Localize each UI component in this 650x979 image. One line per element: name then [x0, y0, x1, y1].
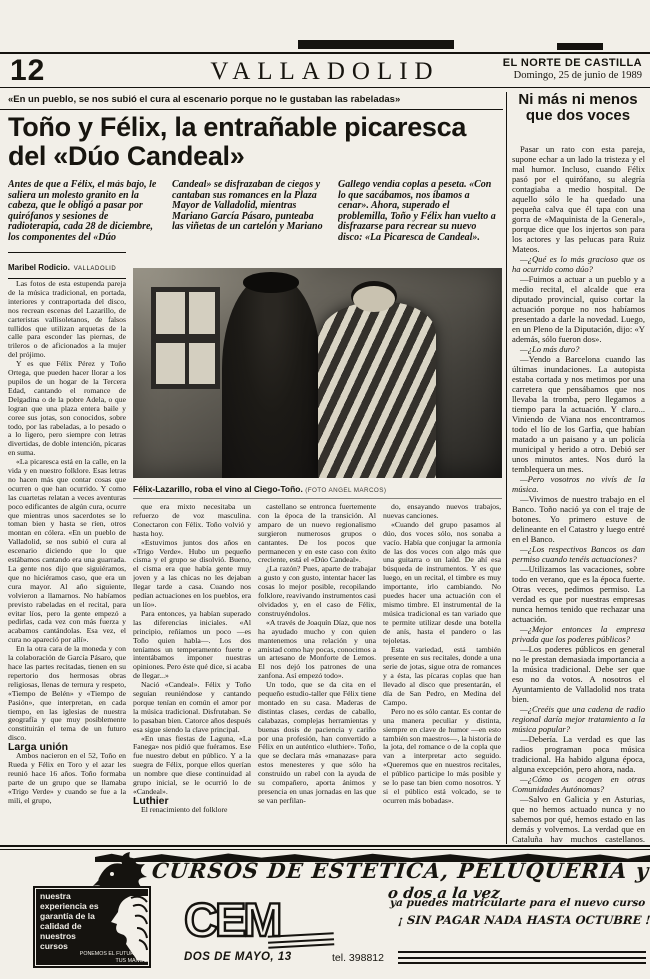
- paragraph: Pasar un rato con esta pareja, supone ec…: [512, 144, 645, 254]
- sidebar-title: Ni más ni menos que dos voces: [512, 92, 644, 124]
- byline-place: VALLADOLID: [74, 266, 117, 272]
- paragraph: En la otra cara de la moneda y con la co…: [8, 645, 126, 743]
- article-column-2: que era mixto necesitaba un refuerzo de …: [133, 503, 251, 844]
- paragraph: «Cuando del grupo pasamos al dúo, dos vo…: [383, 521, 501, 646]
- paragraph: Nació «Candeal». Félix y Toño seguían re…: [133, 681, 251, 734]
- ad-phone: tel. 398812: [332, 952, 384, 964]
- ad-promo-line-1: ya puedes matricularte para el nuevo cur…: [390, 897, 646, 909]
- article-column-3: castellano se entronca fuertemente con l…: [258, 503, 376, 844]
- photo-window: [151, 287, 220, 389]
- kicker-rule: [0, 109, 503, 110]
- byline: Maribel Rodicio. VALLADOLID: [8, 252, 126, 279]
- paragraph: Pero no es sólo cantar. Es contar de una…: [383, 708, 501, 806]
- photo-credit: (FOTO ANGEL MARCOS): [305, 487, 386, 494]
- answer: —Yendo a Barcelona cuando las últimas in…: [512, 354, 645, 474]
- academy-ad-box: nuestra experiencia es garantía de la ca…: [33, 886, 151, 968]
- question: —¿Los respectivos Bancos os dan permiso …: [512, 544, 645, 564]
- answer: —Debería. La verdad es que las radios pr…: [512, 734, 645, 774]
- paragraph: «La picaresca está en la calle, en la vi…: [8, 458, 126, 645]
- registration-mark: [557, 43, 603, 50]
- academy-ad-slogan: PONEMOS EL FUTURO EN TUS MANOS: [77, 951, 147, 964]
- ad-promo-line-2: ¡ SIN PAGAR NADA HASTA OCTUBRE !: [398, 913, 650, 927]
- paragraph: Y es que Félix Pérez y Toño Ortega, que …: [8, 360, 126, 458]
- answer: —Utilizamos las vacaciones, sobre todo e…: [512, 564, 645, 624]
- paragraph: El renacimiento del folklore: [133, 806, 251, 815]
- cem-logo-swoosh: [268, 932, 335, 948]
- paragraph: que era mixto necesitaba un refuerzo de …: [133, 503, 251, 539]
- byline-author: Maribel Rodicio.: [8, 263, 70, 272]
- article-column-4: do, ensayando nuevos trabajos, nuevas ca…: [383, 503, 501, 844]
- article-column-1: Las fotos de esta estupenda pareja de la…: [8, 280, 126, 844]
- ad-title: CURSOS DE ESTETICA, PELUQUERIA y PUERICU…: [151, 858, 650, 883]
- article-headline: Toño y Félix, la entrañable picaresca de…: [8, 113, 488, 172]
- paragraph: do, ensayando nuevos trabajos, nuevas ca…: [383, 503, 501, 521]
- newspaper-page: 12 VALLADOLID EL NORTE DE CASTILLA Domin…: [0, 0, 650, 979]
- date: Domingo, 25 de junio de 1989: [442, 70, 642, 81]
- question: —¿Lo más duro?: [512, 344, 645, 354]
- caption-rule: [133, 498, 502, 499]
- photo-caption: Félix-Lazarillo, roba el vino al Ciego-T…: [133, 484, 502, 494]
- sidebar-divider: [506, 92, 507, 844]
- kicker-quote: «En un pueblo, se nos subió el cura al e…: [8, 94, 503, 105]
- caption-text: Félix-Lazarillo, roba el vino al Ciego-T…: [133, 484, 303, 494]
- question: —¿Mejor entonces la empresa privada que …: [512, 624, 645, 644]
- question: —¿Qué es lo más gracioso que os ha ocurr…: [512, 254, 645, 274]
- paragraph: Las fotos de esta estupenda pareja de la…: [8, 280, 126, 360]
- paragraph: «A través de Joaquín Díaz, que nos ha ay…: [258, 619, 376, 681]
- header-bottom-rule: [0, 87, 650, 88]
- sidebar-interview: Pasar un rato con esta pareja, supone ec…: [512, 144, 645, 842]
- cem-logo: CEM: [184, 892, 279, 947]
- ad-rule-lines: [398, 951, 646, 964]
- paragraph: Para entonces, ya habían superado las di…: [133, 610, 251, 681]
- academy-ad-text: nuestra experiencia es garantía de la ca…: [40, 891, 102, 951]
- registration-mark: [298, 40, 454, 49]
- masthead: EL NORTE DE CASTILLA: [442, 57, 642, 69]
- paragraph: «Estuvimos juntos dos años en «Trigo Ver…: [133, 539, 251, 610]
- article-photo: [133, 268, 502, 478]
- answer: —Vivimos de nuestro trabajo en el Banco.…: [512, 494, 645, 544]
- paragraph: ¿La razón? Pues, aparte de trabajar a gu…: [258, 565, 376, 618]
- lead-col-2: Candeal» se disfrazaban de ciegos y cant…: [172, 180, 327, 264]
- question: —¿Cómo os acogen en otras Comunidades Au…: [512, 774, 645, 794]
- ad-address: DOS DE MAYO, 13: [184, 951, 292, 963]
- footer-rule-1: [0, 845, 650, 847]
- lead-col-3: Gallego vendía coplas a peseta. «Con lo …: [338, 180, 500, 270]
- photo-figure-ciego-tono: [222, 276, 322, 478]
- photo-figure-felix-lazarillo: [318, 302, 436, 478]
- answer: —Los poderes públicos en general no le p…: [512, 644, 645, 704]
- header-top-rule: [0, 52, 650, 54]
- answer: —Salvo en Galicia y en Asturias, que no …: [512, 794, 645, 842]
- paragraph: Ambos nacieron en el 52, Toño en Rueda y…: [8, 752, 126, 805]
- paragraph: Esta variedad, está también presente en …: [383, 646, 501, 708]
- paragraph: Un todo, que se da cita en el pequeño es…: [258, 681, 376, 806]
- question: —Pero vosotros no vivís de la música.: [512, 474, 645, 494]
- question: —¿Creéis que una cadena de radio regiona…: [512, 704, 645, 734]
- answer: —Fuimos a actuar a un pueblo y a medio r…: [512, 274, 645, 344]
- paragraph: castellano se entronca fuertemente con l…: [258, 503, 376, 565]
- paragraph: «En unas fiestas de Laguna, «La Fanega» …: [133, 735, 251, 797]
